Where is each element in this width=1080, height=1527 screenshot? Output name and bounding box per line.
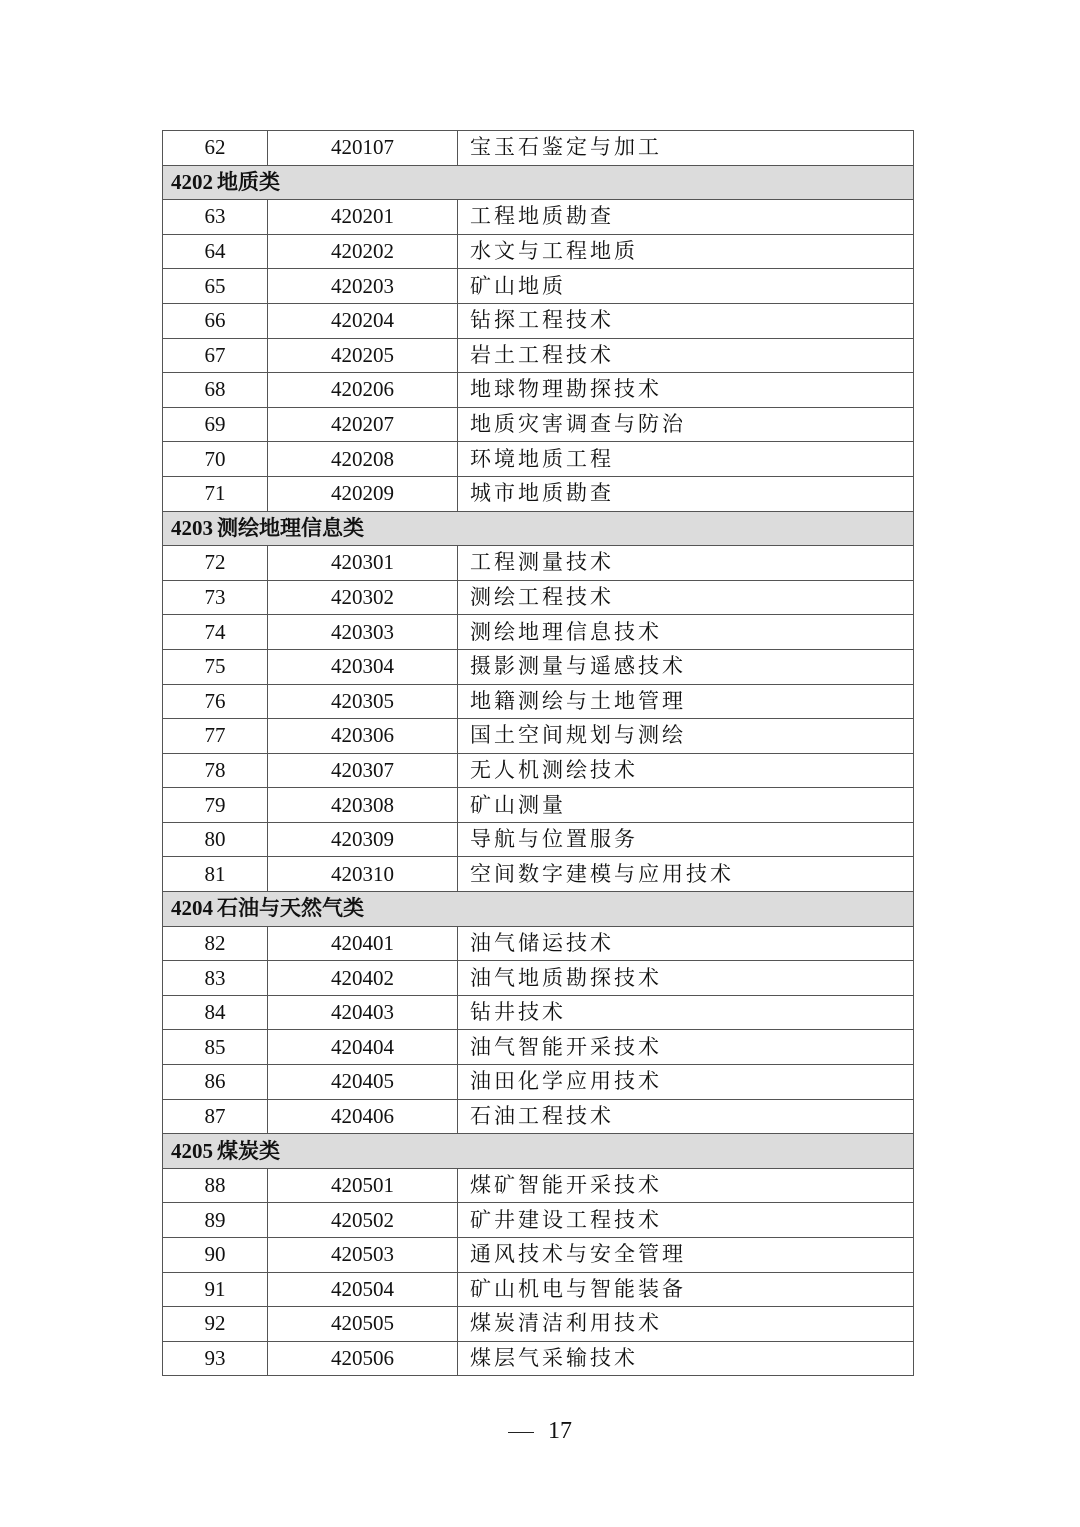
program-code-cell: 420207 (268, 407, 458, 442)
category-header-cell: 4205煤炭类 (163, 1134, 914, 1169)
category-header-cell: 4202地质类 (163, 165, 914, 200)
table-body: 62420107宝玉石鉴定与加工4202地质类63420201工程地质勘查644… (163, 131, 914, 1376)
category-group-row: 4204石油与天然气类 (163, 892, 914, 927)
program-name-cell: 矿山机电与智能装备 (458, 1272, 914, 1307)
sequence-number-cell: 91 (163, 1272, 268, 1307)
program-name-cell: 环境地质工程 (458, 442, 914, 477)
program-code-cell: 420305 (268, 684, 458, 719)
program-code-cell: 420203 (268, 269, 458, 304)
category-group-row: 4202地质类 (163, 165, 914, 200)
table-row: 67420205岩土工程技术 (163, 338, 914, 373)
table-row: 74420303测绘地理信息技术 (163, 615, 914, 650)
category-label: 石油与天然气类 (217, 896, 364, 920)
category-group-row: 4203测绘地理信息类 (163, 511, 914, 546)
category-code: 4202 (171, 170, 213, 194)
em-dash-decoration (508, 1432, 534, 1433)
sequence-number-cell: 93 (163, 1341, 268, 1376)
program-code-cell: 420202 (268, 234, 458, 269)
program-name-cell: 钻井技术 (458, 995, 914, 1030)
program-name-cell: 煤层气采输技术 (458, 1341, 914, 1376)
table-row: 73420302测绘工程技术 (163, 580, 914, 615)
table-row: 92420505煤炭清洁利用技术 (163, 1307, 914, 1342)
sequence-number-cell: 82 (163, 926, 268, 961)
sequence-number-cell: 69 (163, 407, 268, 442)
table-row: 65420203矿山地质 (163, 269, 914, 304)
program-name-cell: 煤炭清洁利用技术 (458, 1307, 914, 1342)
category-header-cell: 4203测绘地理信息类 (163, 511, 914, 546)
program-name-cell: 无人机测绘技术 (458, 753, 914, 788)
sequence-number-cell: 80 (163, 822, 268, 857)
sequence-number-cell: 89 (163, 1203, 268, 1238)
program-name-cell: 岩土工程技术 (458, 338, 914, 373)
table-row: 66420204钻探工程技术 (163, 303, 914, 338)
table-row: 85420404油气智能开采技术 (163, 1030, 914, 1065)
sequence-number-cell: 90 (163, 1238, 268, 1273)
table-row: 71420209城市地质勘查 (163, 476, 914, 511)
table-row: 62420107宝玉石鉴定与加工 (163, 131, 914, 166)
program-code-cell: 420205 (268, 338, 458, 373)
page-footer: 17 (0, 1418, 1080, 1445)
program-code-cell: 420505 (268, 1307, 458, 1342)
table-row: 81420310空间数字建模与应用技术 (163, 857, 914, 892)
category-code: 4205 (171, 1139, 213, 1163)
sequence-number-cell: 64 (163, 234, 268, 269)
program-name-cell: 通风技术与安全管理 (458, 1238, 914, 1273)
category-code: 4204 (171, 896, 213, 920)
program-code-cell: 420204 (268, 303, 458, 338)
table-row: 63420201工程地质勘查 (163, 200, 914, 235)
program-code-cell: 420304 (268, 649, 458, 684)
program-code-cell: 420308 (268, 788, 458, 823)
table-row: 79420308矿山测量 (163, 788, 914, 823)
table-row: 93420506煤层气采输技术 (163, 1341, 914, 1376)
category-label: 测绘地理信息类 (217, 516, 364, 540)
program-name-cell: 城市地质勘查 (458, 476, 914, 511)
program-code-cell: 420307 (268, 753, 458, 788)
program-name-cell: 摄影测量与遥感技术 (458, 649, 914, 684)
program-name-cell: 石油工程技术 (458, 1099, 914, 1134)
program-name-cell: 油气智能开采技术 (458, 1030, 914, 1065)
program-name-cell: 油田化学应用技术 (458, 1065, 914, 1100)
sequence-number-cell: 78 (163, 753, 268, 788)
program-code-cell: 420309 (268, 822, 458, 857)
program-name-cell: 国土空间规划与测绘 (458, 719, 914, 754)
sequence-number-cell: 76 (163, 684, 268, 719)
sequence-number-cell: 63 (163, 200, 268, 235)
program-name-cell: 油气地质勘探技术 (458, 961, 914, 996)
program-name-cell: 油气储运技术 (458, 926, 914, 961)
program-name-cell: 水文与工程地质 (458, 234, 914, 269)
table-row: 80420309导航与位置服务 (163, 822, 914, 857)
program-name-cell: 地球物理勘探技术 (458, 373, 914, 408)
sequence-number-cell: 79 (163, 788, 268, 823)
sequence-number-cell: 70 (163, 442, 268, 477)
table-row: 89420502矿井建设工程技术 (163, 1203, 914, 1238)
program-name-cell: 矿井建设工程技术 (458, 1203, 914, 1238)
sequence-number-cell: 73 (163, 580, 268, 615)
program-name-cell: 宝玉石鉴定与加工 (458, 131, 914, 166)
sequence-number-cell: 67 (163, 338, 268, 373)
sequence-number-cell: 66 (163, 303, 268, 338)
table-row: 88420501煤矿智能开采技术 (163, 1168, 914, 1203)
sequence-number-cell: 77 (163, 719, 268, 754)
program-code-cell: 420504 (268, 1272, 458, 1307)
sequence-number-cell: 88 (163, 1168, 268, 1203)
program-code-cell: 420107 (268, 131, 458, 166)
table-row: 70420208环境地质工程 (163, 442, 914, 477)
sequence-number-cell: 68 (163, 373, 268, 408)
sequence-number-cell: 62 (163, 131, 268, 166)
program-name-cell: 地质灾害调查与防治 (458, 407, 914, 442)
program-code-cell: 420208 (268, 442, 458, 477)
program-name-cell: 地籍测绘与土地管理 (458, 684, 914, 719)
sequence-number-cell: 83 (163, 961, 268, 996)
sequence-number-cell: 71 (163, 476, 268, 511)
table-row: 64420202水文与工程地质 (163, 234, 914, 269)
program-name-cell: 空间数字建模与应用技术 (458, 857, 914, 892)
program-code-cell: 420303 (268, 615, 458, 650)
sequence-number-cell: 86 (163, 1065, 268, 1100)
sequence-number-cell: 74 (163, 615, 268, 650)
program-name-cell: 钻探工程技术 (458, 303, 914, 338)
table-row: 68420206地球物理勘探技术 (163, 373, 914, 408)
program-code-cell: 420406 (268, 1099, 458, 1134)
sequence-number-cell: 87 (163, 1099, 268, 1134)
program-code-cell: 420206 (268, 373, 458, 408)
program-code-cell: 420402 (268, 961, 458, 996)
table-row: 77420306国土空间规划与测绘 (163, 719, 914, 754)
sequence-number-cell: 85 (163, 1030, 268, 1065)
table-row: 90420503通风技术与安全管理 (163, 1238, 914, 1273)
sequence-number-cell: 92 (163, 1307, 268, 1342)
table-row: 82420401油气储运技术 (163, 926, 914, 961)
table-row: 76420305地籍测绘与土地管理 (163, 684, 914, 719)
program-code-cell: 420506 (268, 1341, 458, 1376)
program-code-cell: 420302 (268, 580, 458, 615)
program-code-cell: 420306 (268, 719, 458, 754)
category-label: 地质类 (217, 170, 280, 194)
program-name-cell: 测绘工程技术 (458, 580, 914, 615)
program-name-cell: 矿山测量 (458, 788, 914, 823)
program-code-cell: 420403 (268, 995, 458, 1030)
program-name-cell: 测绘地理信息技术 (458, 615, 914, 650)
program-name-cell: 矿山地质 (458, 269, 914, 304)
table-row: 86420405油田化学应用技术 (163, 1065, 914, 1100)
sequence-number-cell: 81 (163, 857, 268, 892)
program-code-cell: 420201 (268, 200, 458, 235)
program-name-cell: 导航与位置服务 (458, 822, 914, 857)
table-row: 69420207地质灾害调查与防治 (163, 407, 914, 442)
program-code-cell: 420404 (268, 1030, 458, 1065)
program-catalog-table: 62420107宝玉石鉴定与加工4202地质类63420201工程地质勘查644… (162, 130, 914, 1376)
table-row: 84420403钻井技术 (163, 995, 914, 1030)
program-code-cell: 420501 (268, 1168, 458, 1203)
sequence-number-cell: 75 (163, 649, 268, 684)
table-row: 78420307无人机测绘技术 (163, 753, 914, 788)
program-code-cell: 420301 (268, 546, 458, 581)
category-header-cell: 4204石油与天然气类 (163, 892, 914, 927)
program-code-cell: 420503 (268, 1238, 458, 1273)
program-code-cell: 420502 (268, 1203, 458, 1238)
table-row: 72420301工程测量技术 (163, 546, 914, 581)
program-name-cell: 煤矿智能开采技术 (458, 1168, 914, 1203)
sequence-number-cell: 65 (163, 269, 268, 304)
category-code: 4203 (171, 516, 213, 540)
table-row: 75420304摄影测量与遥感技术 (163, 649, 914, 684)
page-number: 17 (548, 1418, 572, 1444)
table-row: 91420504矿山机电与智能装备 (163, 1272, 914, 1307)
sequence-number-cell: 72 (163, 546, 268, 581)
sequence-number-cell: 84 (163, 995, 268, 1030)
program-code-cell: 420401 (268, 926, 458, 961)
table-row: 87420406石油工程技术 (163, 1099, 914, 1134)
category-label: 煤炭类 (217, 1139, 280, 1163)
program-code-cell: 420310 (268, 857, 458, 892)
program-code-cell: 420405 (268, 1065, 458, 1100)
program-code-cell: 420209 (268, 476, 458, 511)
program-name-cell: 工程地质勘查 (458, 200, 914, 235)
program-name-cell: 工程测量技术 (458, 546, 914, 581)
category-group-row: 4205煤炭类 (163, 1134, 914, 1169)
table-row: 83420402油气地质勘探技术 (163, 961, 914, 996)
